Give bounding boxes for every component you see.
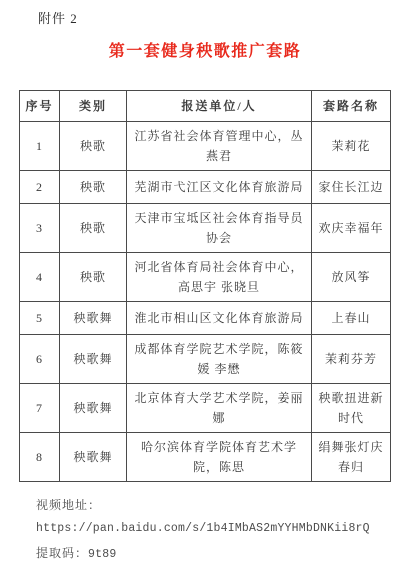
column-header-routine-name: 套路名称 [312,91,391,122]
video-address-label: 视频地址： [36,493,410,517]
table-cell: 秧歌 [60,122,127,171]
table-cell: 秧歌舞 [60,384,127,433]
column-header-category: 类别 [60,91,127,122]
document-title: 第一套健身秧歌推广套路 [0,38,410,61]
table-cell: 2 [20,171,60,204]
footer: 视频地址： https://pan.baidu.com/s/1b4IMbAS2m… [36,493,410,563]
table-cell: 4 [20,253,60,302]
table-cell: 河北省体育局社会体育中心，高思宇 张晓旦 [127,253,312,302]
routine-table: 序号 类别 报送单位/人 套路名称 1秧歌江苏省社会体育管理中心，丛燕君茉莉花2… [19,90,391,482]
table-cell: 茉莉芬芳 [312,335,391,384]
table-cell: 成都体育学院艺术学院，陈筱媛 李懋 [127,335,312,384]
table-row: 1秧歌江苏省社会体育管理中心，丛燕君茉莉花 [20,122,391,171]
table-cell: 放风筝 [312,253,391,302]
table-cell: 欢庆幸福年 [312,204,391,253]
attachment-label: 附件 2 [0,8,410,27]
table-row: 4秧歌河北省体育局社会体育中心，高思宇 张晓旦放风筝 [20,253,391,302]
table-cell: 江苏省社会体育管理中心，丛燕君 [127,122,312,171]
table-header-row: 序号 类别 报送单位/人 套路名称 [20,91,391,122]
table-cell: 北京体育大学艺术学院，姜丽娜 [127,384,312,433]
table-cell: 天津市宝坻区社会体育指导员协会 [127,204,312,253]
table-cell: 淮北市相山区文化体育旅游局 [127,302,312,335]
table-row: 6秧歌舞成都体育学院艺术学院，陈筱媛 李懋茉莉芬芳 [20,335,391,384]
extraction-code-line: 提取码：9t89 [36,541,410,563]
table-cell: 秧歌舞 [60,433,127,482]
extraction-code-value: 9t89 [88,548,116,561]
table-cell: 秧歌扭进新时代 [312,384,391,433]
table-cell: 6 [20,335,60,384]
table-body: 1秧歌江苏省社会体育管理中心，丛燕君茉莉花2秧歌芜湖市弋江区文化体育旅游局家住长… [20,122,391,482]
document-page: 附件 2 第一套健身秧歌推广套路 序号 类别 报送单位/人 套路名称 1秧歌江苏… [0,0,410,563]
table-cell: 上春山 [312,302,391,335]
table-row: 2秧歌芜湖市弋江区文化体育旅游局家住长江边 [20,171,391,204]
extraction-code-label: 提取码： [36,546,88,560]
table-cell: 5 [20,302,60,335]
table-cell: 秧歌 [60,253,127,302]
table-cell: 8 [20,433,60,482]
table-cell: 秧歌舞 [60,335,127,384]
table-cell: 家住长江边 [312,171,391,204]
table-cell: 1 [20,122,60,171]
table-cell: 7 [20,384,60,433]
table-row: 8秧歌舞哈尔滨体育学院体育艺术学院，陈思绢舞张灯庆春归 [20,433,391,482]
table-cell: 秧歌 [60,204,127,253]
table-cell: 秧歌 [60,171,127,204]
column-header-index: 序号 [20,91,60,122]
table-cell: 绢舞张灯庆春归 [312,433,391,482]
table-row: 7秧歌舞北京体育大学艺术学院，姜丽娜秧歌扭进新时代 [20,384,391,433]
table-row: 3秧歌天津市宝坻区社会体育指导员协会欢庆幸福年 [20,204,391,253]
column-header-submitter: 报送单位/人 [127,91,312,122]
table-cell: 茉莉花 [312,122,391,171]
table-cell: 秧歌舞 [60,302,127,335]
table-row: 5秧歌舞淮北市相山区文化体育旅游局上春山 [20,302,391,335]
table-cell: 芜湖市弋江区文化体育旅游局 [127,171,312,204]
table-cell: 3 [20,204,60,253]
table-cell: 哈尔滨体育学院体育艺术学院，陈思 [127,433,312,482]
video-url: https://pan.baidu.com/s/1b4IMbAS2mYYHMbD… [36,517,410,541]
